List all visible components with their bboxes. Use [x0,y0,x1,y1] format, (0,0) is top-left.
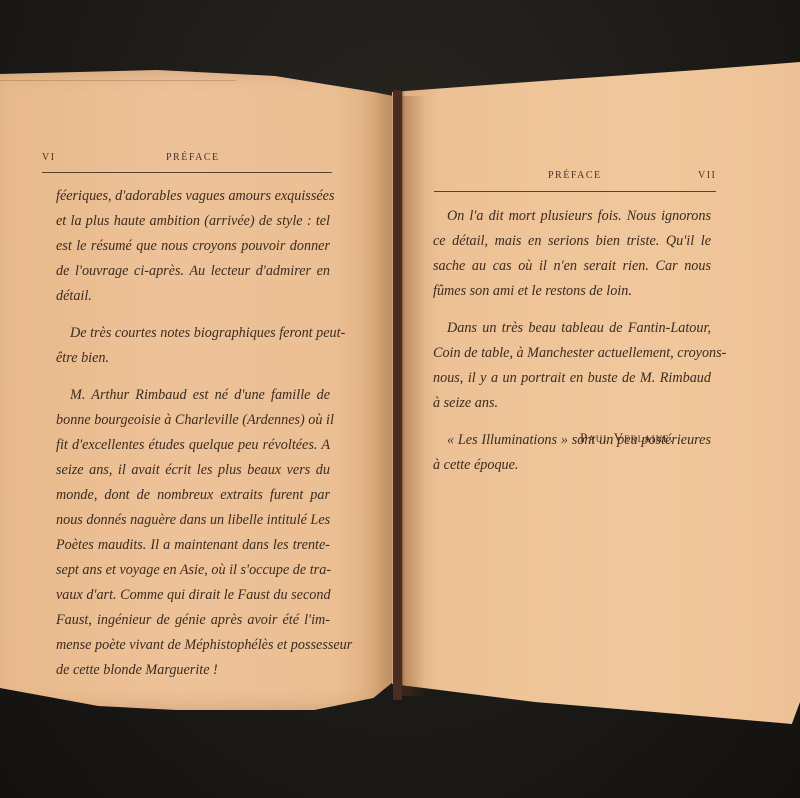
paragraph-2: Dans un très beau tableau de Fantin-Lato… [433,316,711,416]
text-line: De très courtes notes biographiques fero… [56,321,330,346]
text-line: seize ans, il avait écrit les plus beaux… [56,458,330,483]
text-line: Dans un très beau tableau de Fantin-Lato… [433,316,711,341]
text-line: ce détail, mais en serions bien triste. … [433,229,711,254]
text-line: Faust, ingénieur de génie après avoir ét… [56,608,330,633]
text-line: nous donnés naguère dans un libelle inti… [56,508,330,533]
paragraph-2: De très courtes notes biographiques fero… [56,321,330,371]
right-running-head: PRÉFACE [548,170,602,181]
text-line: sache au cas où il n'en serait rien. Car… [433,254,711,279]
text-line: est le résumé que nous croyons pouvoir d… [56,234,330,259]
text-line: de l'ouvrage ci-après. Au lecteur d'admi… [56,259,330,284]
left-folio: VI [42,152,56,163]
left-header-rule [42,172,332,173]
text-line: vaux d'art. Comme qui dirait le Faust du… [56,583,330,608]
gutter-shadow [402,96,426,696]
text-line: fit d'excellentes études quelque peu rév… [56,433,330,458]
paragraph-1: On l'a dit mort plusieurs fois. Nous ign… [433,204,711,304]
text-line: être bien. [56,346,330,371]
text-line: fûmes son ami et le restons de loin. [433,279,711,304]
text-line: à seize ans. [433,391,711,416]
spine-ribbon [393,90,402,700]
text-line: monde, dont de nombreux extraits furent … [56,483,330,508]
text-line: féeriques, d'adorables vagues amours exq… [56,184,330,209]
text-line: On l'a dit mort plusieurs fois. Nous ign… [433,204,711,229]
right-header-rule [434,191,716,192]
left-page-edge [0,80,236,84]
text-line: Poètes maudits. Il a maintenant dans les… [56,533,330,558]
signature: Paul Verlaine. [580,430,674,446]
left-page-text: féeriques, d'adorables vagues amours exq… [56,184,330,693]
text-line: et la plus haute ambition (arrivée) de s… [56,209,330,234]
text-line: nous, il y a un portrait en buste de M. … [433,366,711,391]
text-line: Coin de table, à Manchester actuellement… [433,341,711,366]
text-line: M. Arthur Rimbaud est né d'une famille d… [56,383,330,408]
text-line: bonne bourgeoisie à Charleville (Ardenne… [56,408,330,433]
text-line: de cette blonde Marguerite ! [56,658,330,683]
paragraph-3: M. Arthur Rimbaud est né d'une famille d… [56,383,330,683]
text-line: détail. [56,284,330,309]
paragraph-1: féeriques, d'adorables vagues amours exq… [56,184,330,309]
left-running-head: PRÉFACE [166,152,220,163]
text-line: sept ans et voyage en Asie, où il s'occu… [56,558,330,583]
text-line: à cette époque. [433,453,711,478]
text-line: mense poète vivant de Méphistophélès et … [56,633,330,658]
right-folio: VII [698,170,716,181]
